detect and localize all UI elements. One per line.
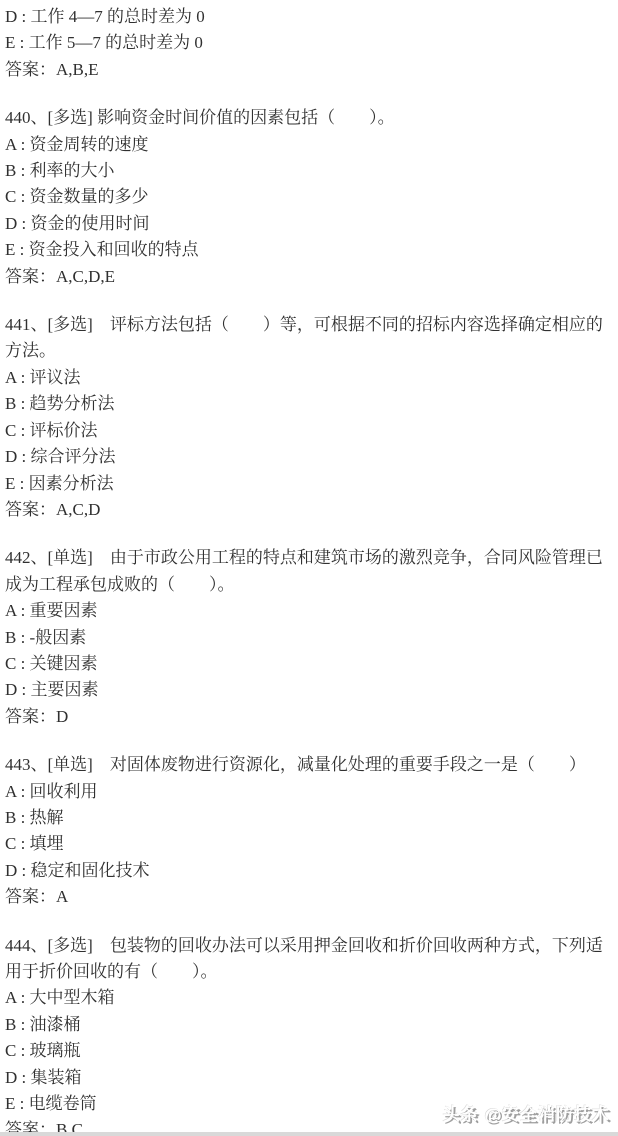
answer-line: 答案：A [5,884,613,910]
option-line-c: C : 填埋 [5,831,613,857]
question-block-440: 440、[多选] 影响资金时间价值的因素包括（ ）。 A : 资金周转的速度 B… [5,105,613,290]
option-line-c: C : 资金数量的多少 [5,184,613,210]
question-stem: 441、[多选] 评标方法包括（ ）等，可根据不同的招标内容选择确定相应的 [5,312,613,338]
question-stem: 440、[多选] 影响资金时间价值的因素包括（ ）。 [5,105,613,131]
answer-line: 答案：A,B,E [5,57,613,83]
option-line-a: A : 资金周转的速度 [5,132,613,158]
option-line-e: E : 工作 5—7 的总时差为 0 [5,30,613,56]
option-line-b: B : 热解 [5,805,613,831]
document-content: D : 工作 4—7 的总时差为 0 E : 工作 5—7 的总时差为 0 答案… [0,0,618,1136]
toutiao-watermark: 头条 @安全消防技术 [443,1100,610,1125]
bottom-edge-bar [0,1132,618,1136]
question-stem-wrap: 成为工程承包成败的（ ）。 [5,572,613,598]
answer-line: 答案：A,C,D [5,497,613,523]
option-line-b: B : 利率的大小 [5,158,613,184]
option-line-d: D : 主要因素 [5,677,613,703]
question-block-previous-tail: D : 工作 4—7 的总时差为 0 E : 工作 5—7 的总时差为 0 答案… [5,4,613,83]
option-line-a: A : 重要因素 [5,598,613,624]
question-block-441: 441、[多选] 评标方法包括（ ）等，可根据不同的招标内容选择确定相应的 方法… [5,312,613,523]
question-stem: 442、[单选] 由于市政公用工程的特点和建筑市场的激烈竞争，合同风险管理已 [5,545,613,571]
option-line-b: B : -般因素 [5,625,613,651]
answer-line: 答案：D [5,704,613,730]
exam-question-page: D : 工作 4—7 的总时差为 0 E : 工作 5—7 的总时差为 0 答案… [0,0,618,1136]
option-line-b: B : 油漆桶 [5,1012,613,1038]
question-block-443: 443、[单选] 对固体废物进行资源化，减量化处理的重要手段之一是（ ） A :… [5,752,613,910]
option-line-b: B : 趋势分析法 [5,391,613,417]
option-line-d: D : 稳定和固化技术 [5,858,613,884]
option-line-d: D : 资金的使用时间 [5,211,613,237]
question-stem: 444、[多选] 包装物的回收办法可以采用押金回收和折价回收两种方式，下列适 [5,933,613,959]
option-line-d: D : 集装箱 [5,1065,613,1091]
answer-line: 答案：A,C,D,E [5,264,613,290]
option-line-c: C : 玻璃瓶 [5,1038,613,1064]
question-stem-wrap: 方法。 [5,338,613,364]
option-line-a: A : 评议法 [5,365,613,391]
option-line-e: E : 因素分析法 [5,471,613,497]
option-line-d: D : 工作 4—7 的总时差为 0 [5,4,613,30]
question-block-442: 442、[单选] 由于市政公用工程的特点和建筑市场的激烈竞争，合同风险管理已 成… [5,545,613,730]
option-line-a: A : 回收利用 [5,779,613,805]
option-line-c: C : 关键因素 [5,651,613,677]
option-line-d: D : 综合评分法 [5,444,613,470]
option-line-c: C : 评标价法 [5,418,613,444]
question-stem-wrap: 用于折价回收的有（ ）。 [5,959,613,985]
option-line-a: A : 大中型木箱 [5,985,613,1011]
option-line-e: E : 资金投入和回收的特点 [5,237,613,263]
question-stem: 443、[单选] 对固体废物进行资源化，减量化处理的重要手段之一是（ ） [5,752,613,778]
